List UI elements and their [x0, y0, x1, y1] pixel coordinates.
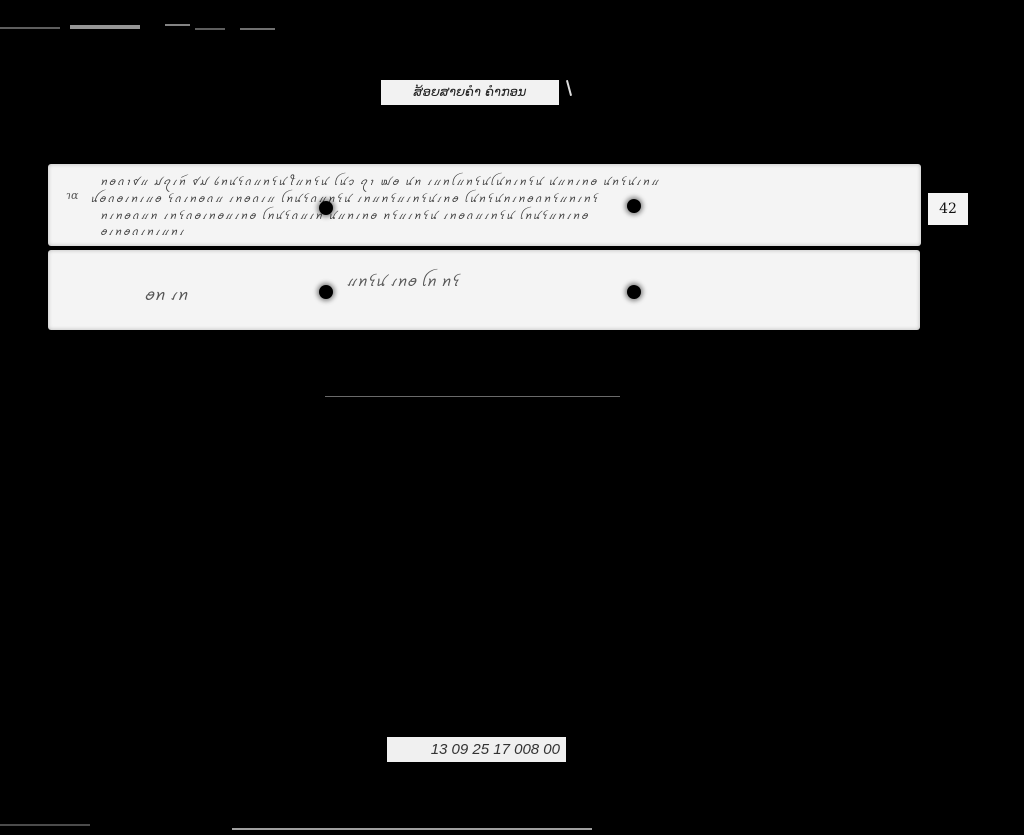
verso-annotation-left: ꪮꪀ ꪹꪀ [144, 280, 188, 312]
string-hole-left [319, 285, 333, 299]
string-hole-left [319, 201, 333, 215]
leaf-margin-number: ɿɑ [66, 189, 78, 202]
title-label: ສ້ອຍສາຍຄຳ ຄຳກອນ [381, 80, 559, 105]
verso-annotation-center: ꪵꪀꪺꪙ ꪹꪀꪮ ꪶꪀ ꪀꪺ [346, 268, 459, 297]
catalog-id-label: 13 09 25 17 008 00 [387, 737, 566, 762]
scan-mark [566, 80, 572, 96]
palm-leaf-recto: ꪀꪮꪒꪱꪥꪵ ꪣꪖꪹꪀꪷ ꪥꪣ ꪉꪀꪙꪺꪒꪵꪀꪺꪙꪻꪵꪀꪺꪙ ꪶꪙꪫ ꪖꪱ ꪢꪮ… [48, 164, 921, 246]
script-line-4: ꪮꪹꪀꪮꪒꪹꪀꪹꪵꪀꪹ [100, 222, 230, 243]
string-hole-right [627, 199, 641, 213]
divider-line [325, 396, 620, 397]
page-number-label: 42 [928, 193, 968, 225]
scan-edge-noise-bottom [0, 822, 1024, 832]
scan-edge-noise-top [0, 24, 300, 30]
string-hole-right [627, 285, 641, 299]
palm-leaf-verso: ꪮꪀ ꪹꪀ ꪵꪀꪺꪙ ꪹꪀꪮ ꪶꪀ ꪀꪺ [48, 250, 920, 330]
